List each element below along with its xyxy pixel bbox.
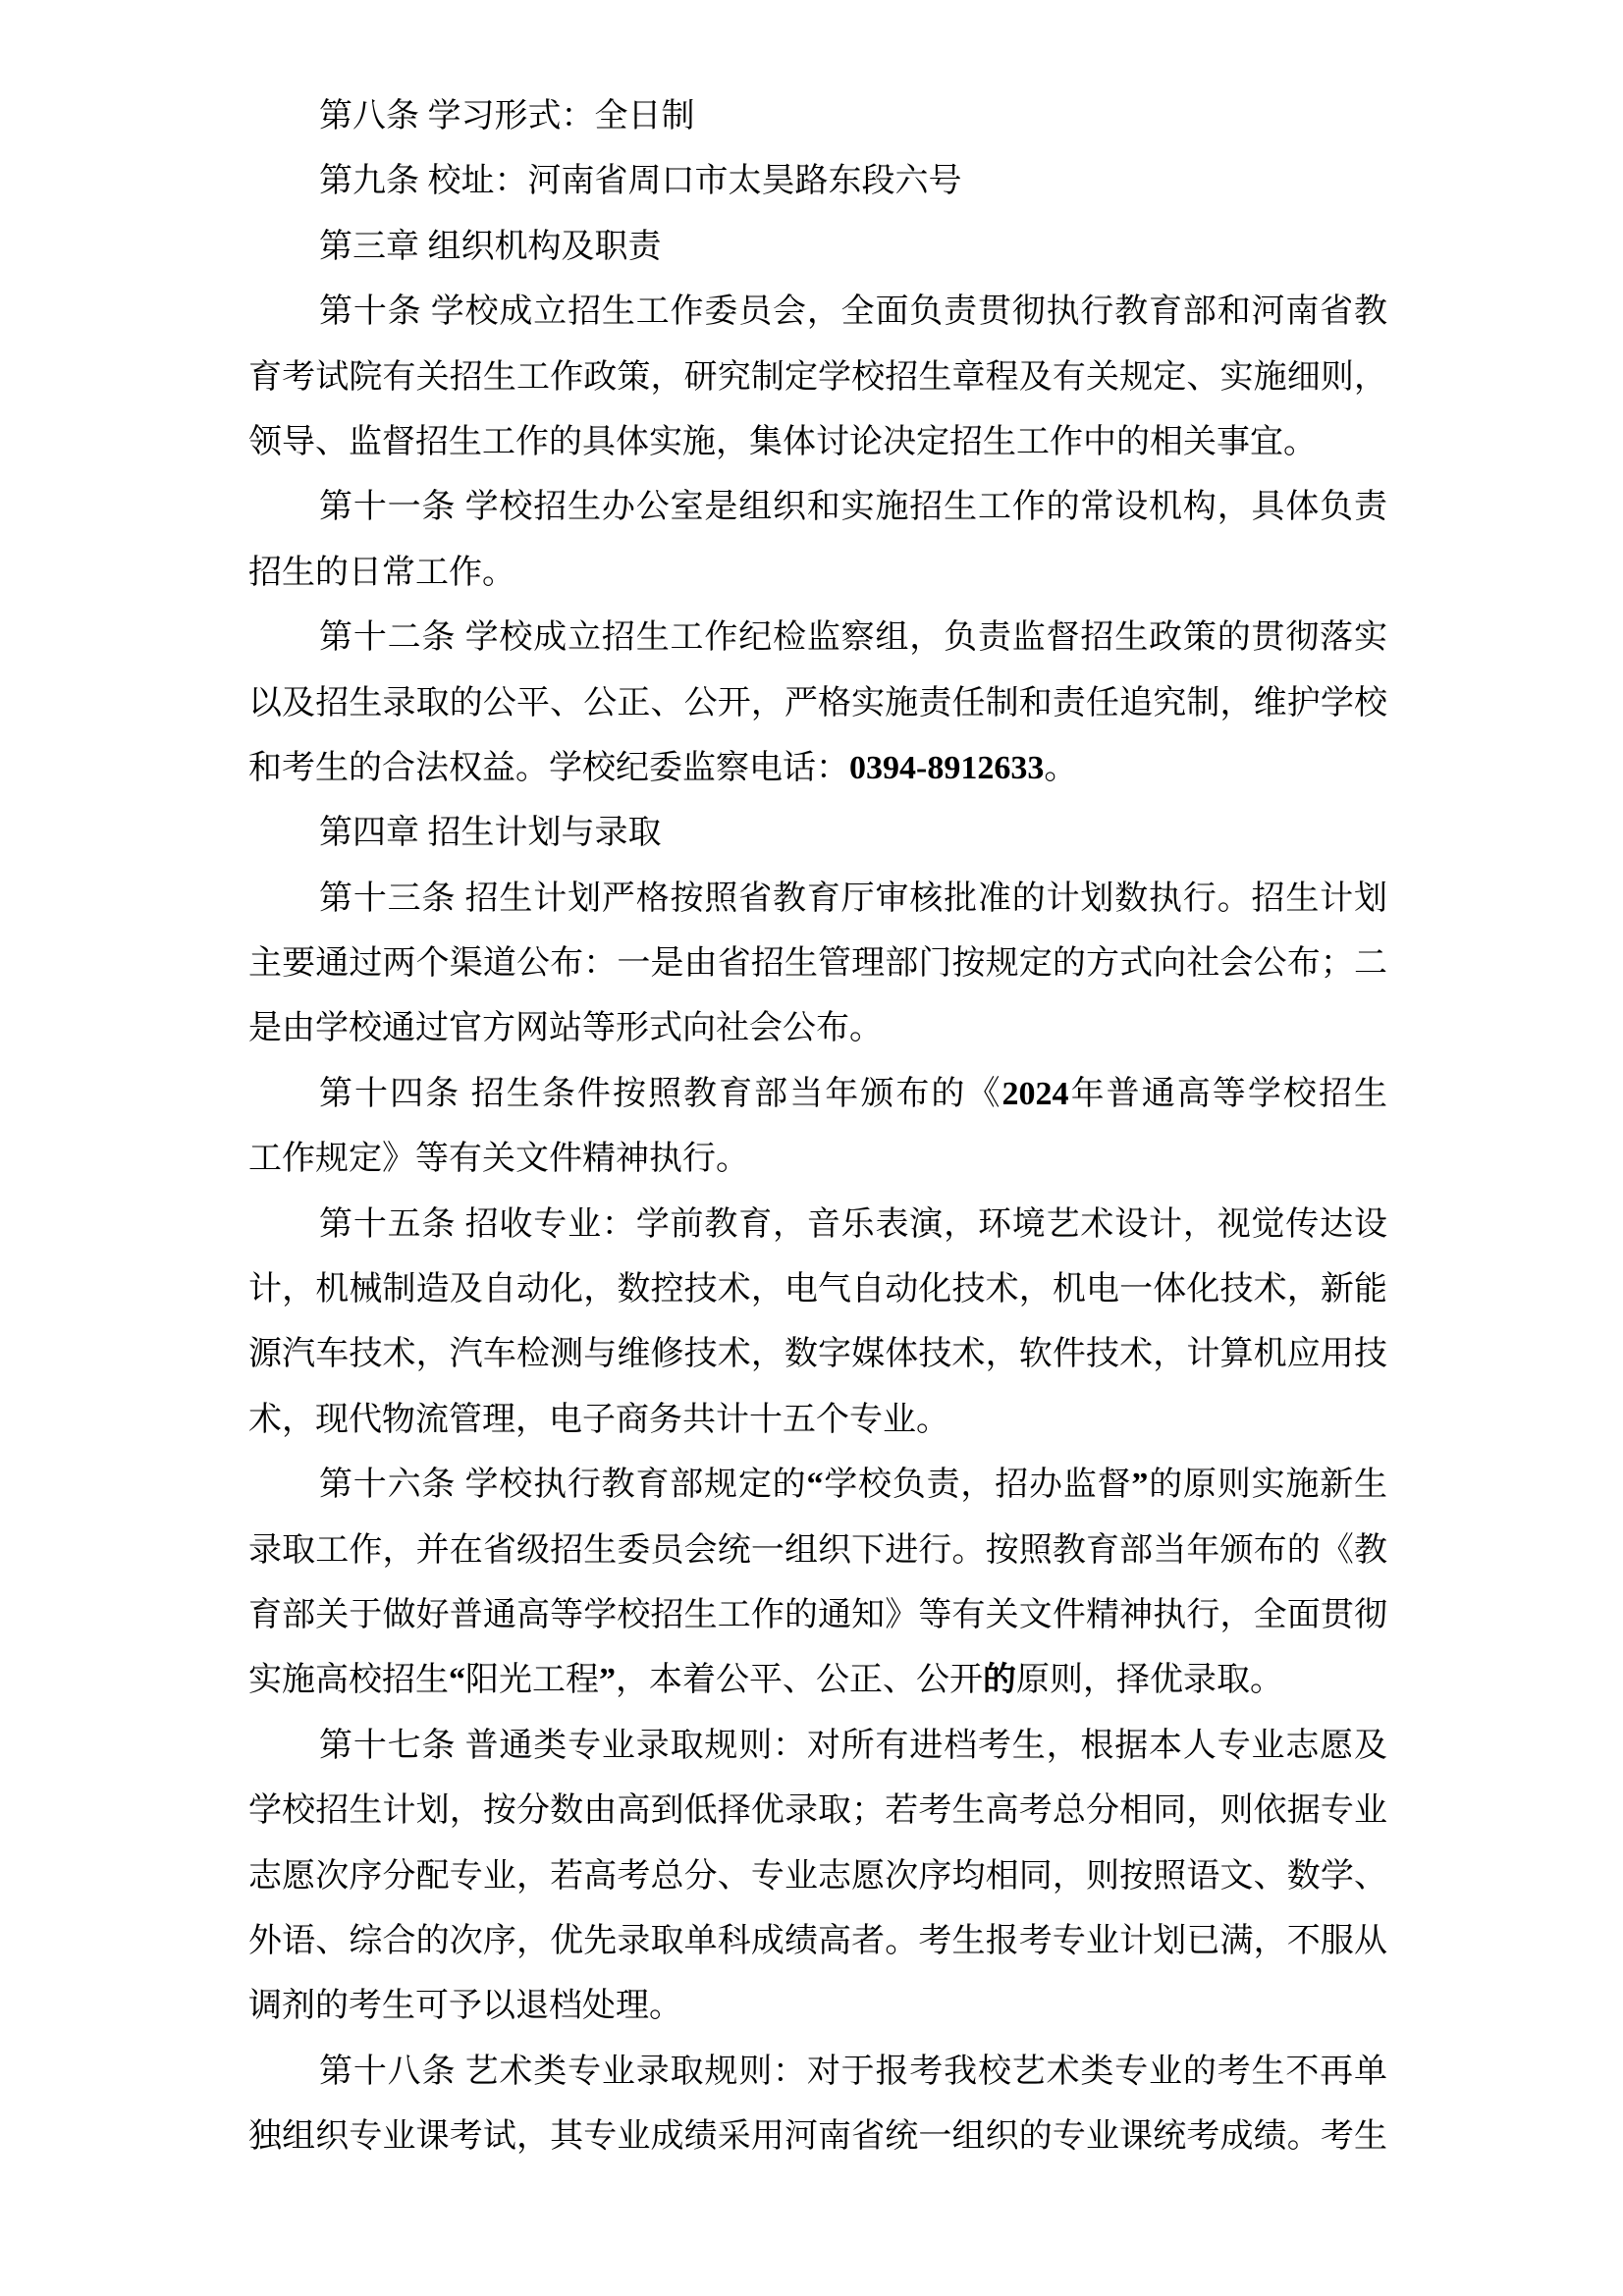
text-line: 第十七条 普通类专业录取规则：对所有进档考生，根据本人专业志愿及 [248,1714,1387,1779]
text-segment: ” [599,1662,616,1698]
text-line: 工作规定》等有关文件精神执行。 [248,1127,1387,1192]
text-line: 学校招生计划，按分数由高到低择优录取；若考生高考总分相同，则依据专业 [248,1779,1387,1843]
text-segment: 第十五条 招收专业：学前教育，音乐表演，环境艺术设计，视觉传达设 [319,1206,1387,1243]
text-segment: 第十七条 普通类专业录取规则：对所有进档考生，根据本人专业志愿及 [319,1728,1387,1764]
text-segment: 第十二条 学校成立招生工作纪检监察组，负责监督招生政策的贯彻落实 [319,619,1387,656]
text-segment: 计，机械制造及自动化，数控技术，电气自动化技术，机电一体化技术，新能 [248,1271,1387,1308]
text-segment: 阳光工程 [465,1662,599,1698]
text-segment: 录取工作，并在省级招生委员会统一组织下进行。按照教育部当年颁布的《教 [248,1532,1387,1569]
text-line: 志愿次序分配专业，若高考总分、专业志愿次序均相同，则按照语文、数学、 [248,1844,1387,1909]
text-line: 第十四条 招生条件按照教育部当年颁布的《2024年普通高等学校招生 [248,1062,1387,1127]
document-page: 第八条 学习形式：全日制第九条 校址：河南省周口市太昊路东段六号第三章 组织机构… [0,0,1623,2296]
text-segment: 学校招生计划，按分数由高到低择优录取；若考生高考总分相同，则依据专业 [248,1792,1387,1829]
text-line: 领导、监督招生工作的具体实施，集体讨论决定招生工作中的相关事宜。 [248,410,1387,475]
text-segment: 第四章 招生计划与录取 [319,815,662,851]
text-line: 计，机械制造及自动化，数控技术，电气自动化技术，机电一体化技术，新能 [248,1257,1387,1322]
text-segment: 外语、综合的次序，优先录取单科成绩高者。考生报考专业计划已满，不服从 [248,1923,1387,1959]
text-segment: 领导、监督招生工作的具体实施，集体讨论决定招生工作中的相关事宜。 [248,424,1317,460]
text-line: 第八条 学习形式：全日制 [248,84,1387,149]
text-line: 调剂的考生可予以退档处理。 [248,1974,1387,2039]
text-line: 主要通过两个渠道公布：一是由省招生管理部门按规定的方式向社会公布；二 [248,932,1387,996]
text-segment: 和考生的合法权益。学校纪委监察电话： [248,750,849,786]
text-segment: ” [1131,1467,1148,1503]
text-segment: 招生的日常工作。 [248,555,515,591]
text-line: 实施高校招生“阳光工程”，本着公平、公正、公开的原则，择优录取。 [248,1648,1387,1713]
text-segment: 是由学校通过官方网站等形式向社会公布。 [248,1010,883,1046]
text-segment: 第十八条 艺术类专业录取规则：对于报考我校艺术类专业的考生不再单 [319,2054,1387,2090]
text-line: 第十三条 招生计划严格按照省教育厅审核批准的计划数执行。招生计划 [248,867,1387,932]
page-content: 第八条 学习形式：全日制第九条 校址：河南省周口市太昊路东段六号第三章 组织机构… [248,84,1387,2170]
text-line: 和考生的合法权益。学校纪委监察电话：0394-8912633。 [248,736,1387,801]
text-line: 第十条 学校成立招生工作委员会，全面负责贯彻执行教育部和河南省教 [248,280,1387,345]
text-segment: 育考试院有关招生工作政策，研究制定学校招生章程及有关规定、实施细则， [248,359,1387,396]
text-line: 育考试院有关招生工作政策，研究制定学校招生章程及有关规定、实施细则， [248,346,1387,410]
text-line: 育部关于做好普通高等学校招生工作的通知》等有关文件精神执行，全面贯彻 [248,1583,1387,1648]
text-segment: 第三章 组织机构及职责 [319,229,662,265]
text-segment: “ [806,1467,823,1503]
text-line: 术，现代物流管理，电子商务共计十五个专业。 [248,1388,1387,1453]
text-segment: 第八条 学习形式：全日制 [319,98,695,134]
text-line: 第九条 校址：河南省周口市太昊路东段六号 [248,149,1387,214]
text-segment: 独组织专业课考试，其专业成绩采用河南省统一组织的专业课统考成绩。考生 [248,2118,1387,2155]
text-segment: 志愿次序分配专业，若高考总分、专业志愿次序均相同，则按照语文、数学、 [248,1858,1387,1895]
text-line: 第十二条 学校成立招生工作纪检监察组，负责监督招生政策的贯彻落实 [248,606,1387,670]
text-line: 外语、综合的次序，优先录取单科成绩高者。考生报考专业计划已满，不服从 [248,1909,1387,1974]
text-segment: 第十一条 学校招生办公室是组织和实施招生工作的常设机构，具体负责 [319,489,1387,525]
text-line: 第十八条 艺术类专业录取规则：对于报考我校艺术类专业的考生不再单 [248,2040,1387,2105]
text-line: 是由学校通过官方网站等形式向社会公布。 [248,996,1387,1061]
text-segment: ，本着公平、公正、公开 [616,1662,983,1698]
text-line: 第十六条 学校执行教育部规定的“学校负责，招办监督”的原则实施新生 [248,1453,1387,1518]
text-line: 第三章 组织机构及职责 [248,215,1387,280]
text-line: 源汽车技术，汽车检测与维修技术，数字媒体技术，软件技术，计算机应用技 [248,1322,1387,1387]
text-line: 独组织专业课考试，其专业成绩采用河南省统一组织的专业课统考成绩。考生 [248,2105,1387,2169]
text-segment: 年普通高等学校招生 [1069,1076,1387,1112]
text-segment: 第十六条 学校执行教育部规定的 [319,1467,806,1503]
text-line: 录取工作，并在省级招生委员会统一组织下进行。按照教育部当年颁布的《教 [248,1519,1387,1583]
text-line: 第四章 招生计划与录取 [248,801,1387,866]
text-segment: 。 [1044,750,1077,786]
text-segment: 第十三条 招生计划严格按照省教育厅审核批准的计划数执行。招生计划 [319,881,1387,917]
text-segment: 第九条 校址：河南省周口市太昊路东段六号 [319,163,962,199]
text-segment: 以及招生录取的公平、公正、公开，严格实施责任制和责任追究制，维护学校 [248,685,1387,721]
text-segment: 术，现代物流管理，电子商务共计十五个专业。 [248,1402,949,1438]
text-segment: 学校负责，招办监督 [823,1467,1131,1503]
text-segment: 第十条 学校成立招生工作委员会，全面负责贯彻执行教育部和河南省教 [319,294,1387,330]
text-line: 招生的日常工作。 [248,541,1387,606]
text-segment: 育部关于做好普通高等学校招生工作的通知》等有关文件精神执行，全面贯彻 [248,1597,1387,1633]
text-segment: 调剂的考生可予以退档处理。 [248,1988,682,2024]
text-line: 以及招生录取的公平、公正、公开，严格实施责任制和责任追究制，维护学校 [248,671,1387,736]
text-line: 第十五条 招收专业：学前教育，音乐表演，环境艺术设计，视觉传达设 [248,1193,1387,1257]
text-segment: 源汽车技术，汽车检测与维修技术，数字媒体技术，软件技术，计算机应用技 [248,1336,1387,1372]
text-segment: “ [449,1662,465,1698]
text-segment: 原则，择优录取。 [1016,1662,1283,1698]
text-segment: 的 [983,1662,1016,1698]
text-segment: 实施高校招生 [248,1662,449,1698]
text-segment: 2024 [1002,1076,1069,1112]
text-segment: 主要通过两个渠道公布：一是由省招生管理部门按规定的方式向社会公布；二 [248,945,1387,982]
text-segment: 0394-8912633 [849,750,1044,786]
text-segment: 第十四条 招生条件按照教育部当年颁布的《 [319,1076,1002,1112]
text-line: 第十一条 学校招生办公室是组织和实施招生工作的常设机构，具体负责 [248,475,1387,540]
text-segment: 的原则实施新生 [1148,1467,1387,1503]
text-segment: 工作规定》等有关文件精神执行。 [248,1141,749,1177]
